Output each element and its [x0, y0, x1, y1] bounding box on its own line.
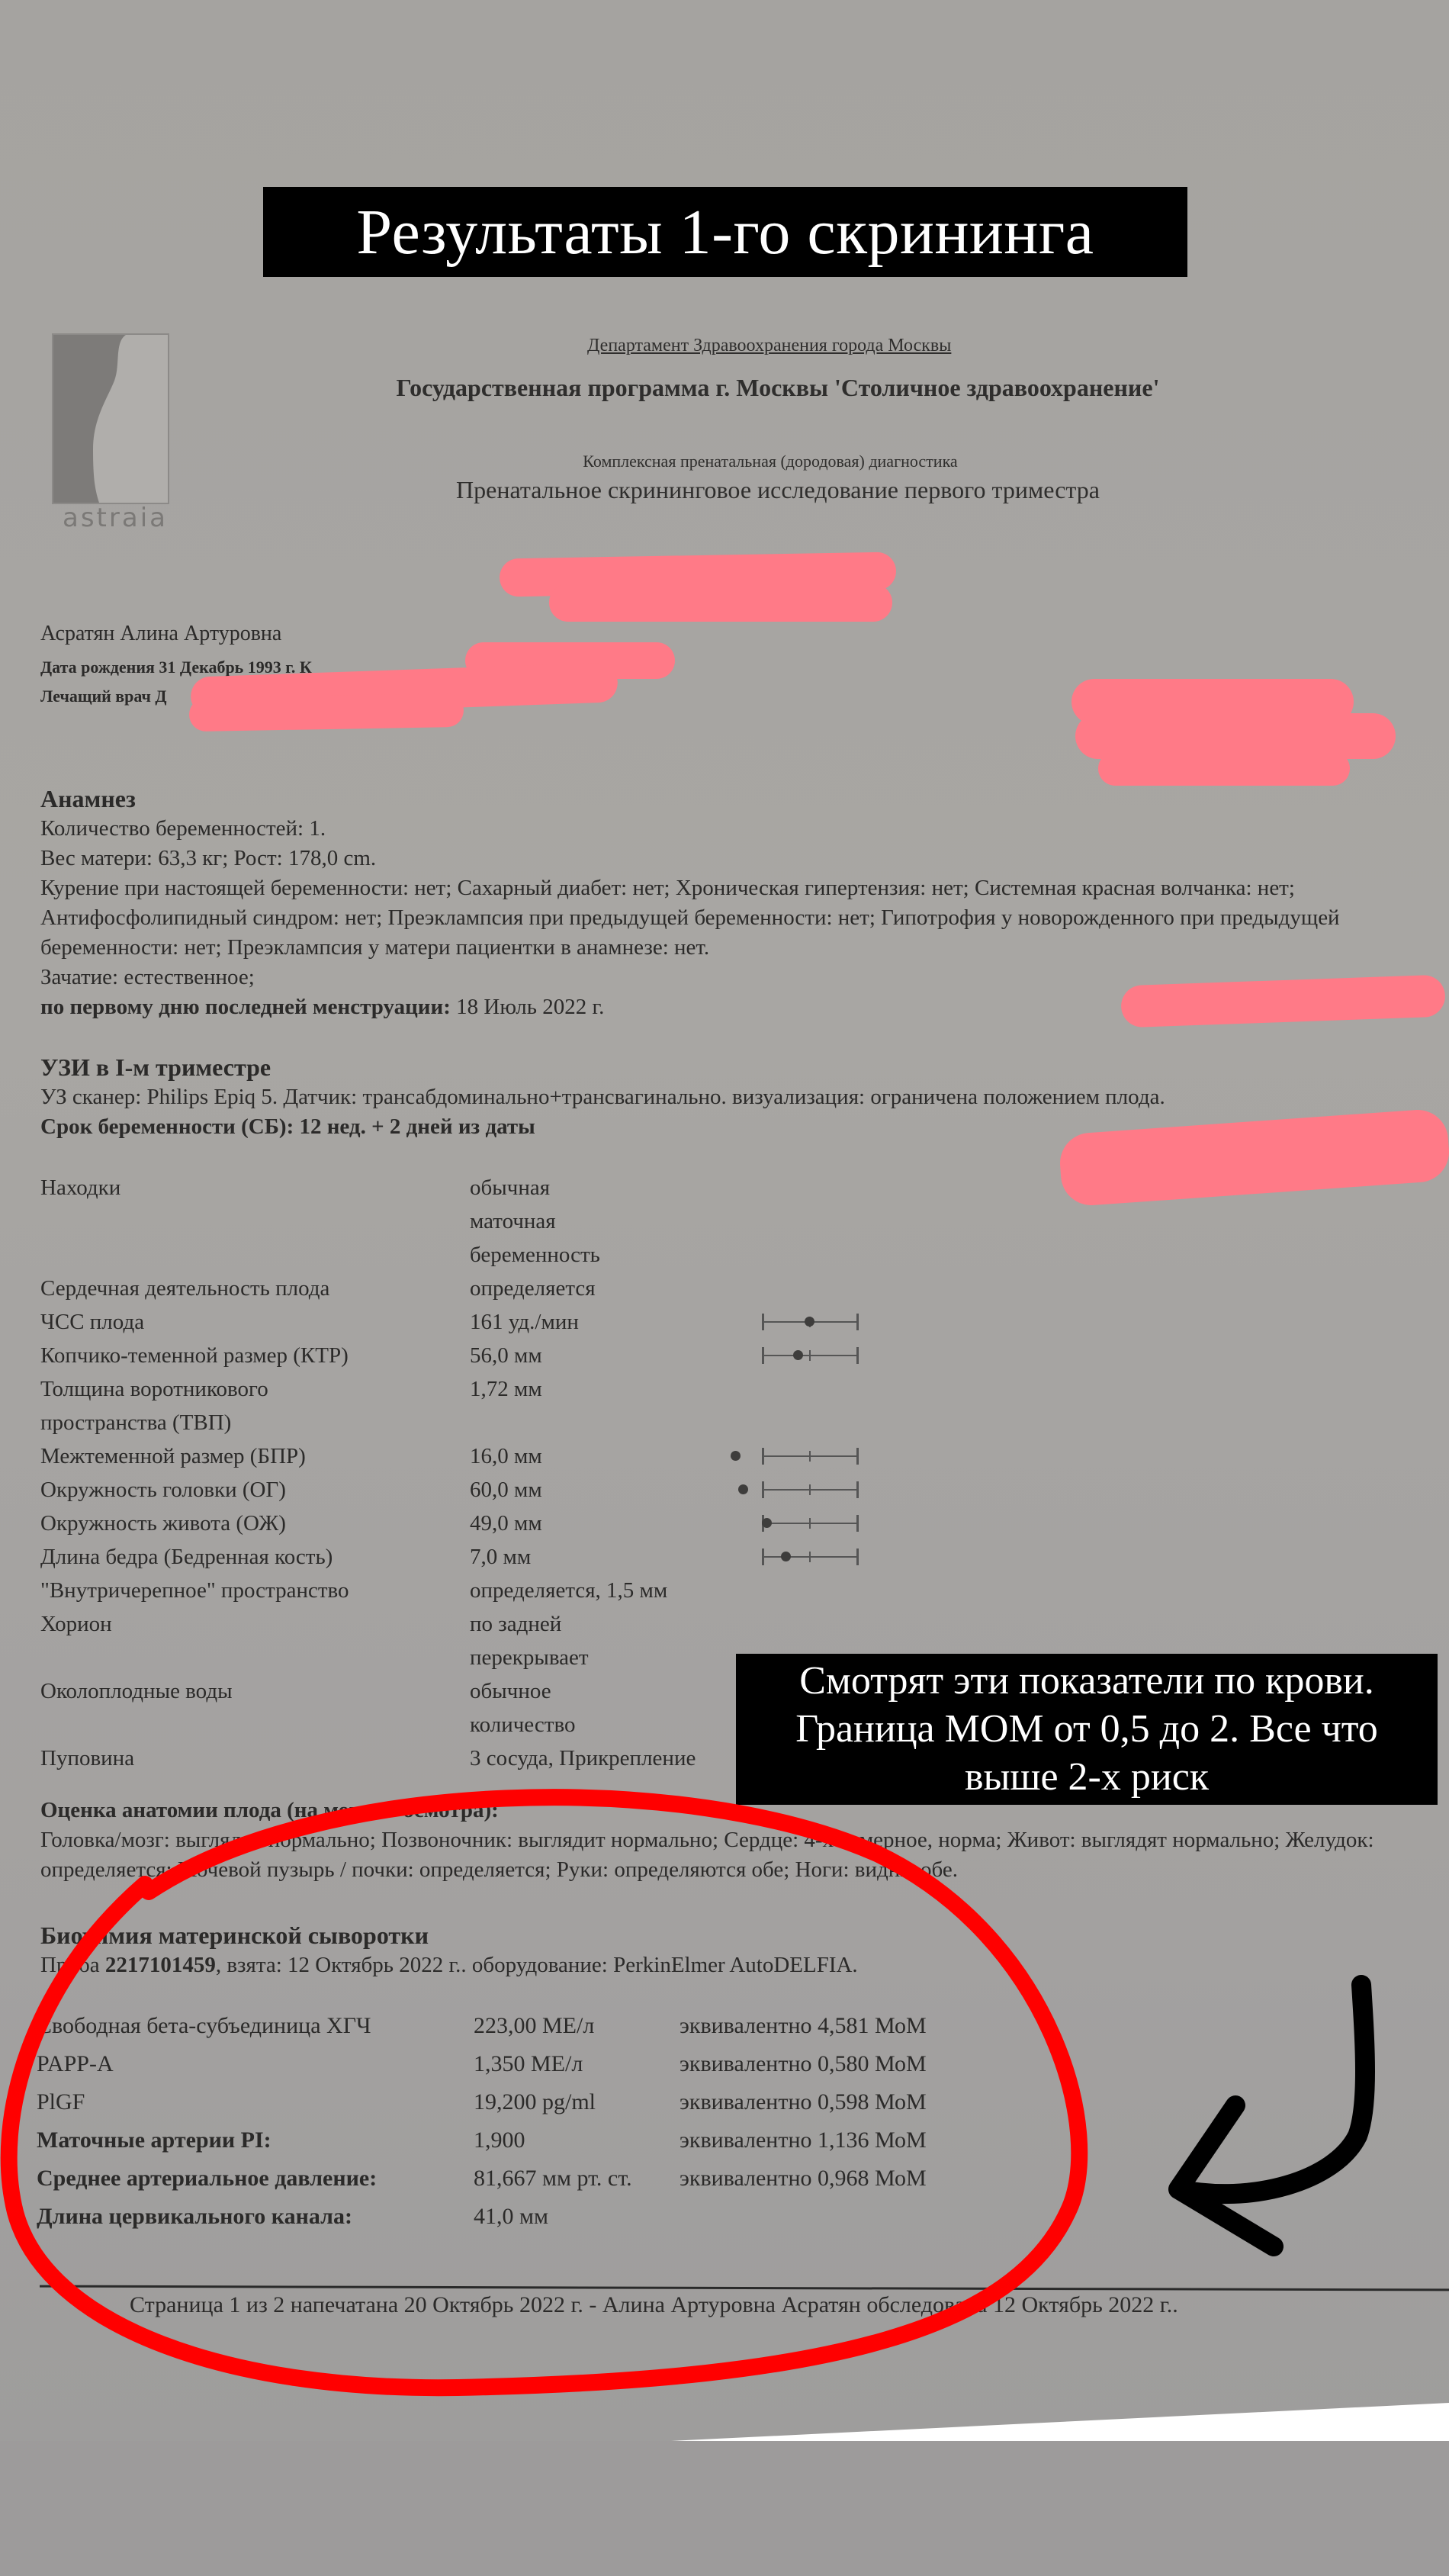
finding-value: по заднейперекрывает	[470, 1607, 714, 1674]
findings-row: Копчико-теменной размер (КТР)56,0 мм	[38, 1339, 877, 1372]
marker-mom	[680, 2198, 1000, 2236]
marker-name: PlGF	[37, 2083, 474, 2121]
finding-value: определяется, 1,5 мм	[470, 1574, 714, 1607]
anatomy-text: Головка/мозг: выглядит нормально; Позвон…	[40, 1825, 1406, 1885]
finding-label: Сердечная деятельность плода	[38, 1272, 470, 1305]
percentile-range-indicator	[714, 1305, 813, 1339]
findings-row: Межтеменной размер (БПР)16,0 мм	[38, 1439, 877, 1473]
logo-text: astraia	[63, 503, 168, 533]
note-line: Граница МОМ от 0,5 до 2. Все что	[736, 1705, 1438, 1753]
marker-value: 41,0 мм	[474, 2198, 680, 2236]
anamnesis-section: Анамнез Количество беременностей: 1. Вес…	[40, 784, 1406, 1022]
sample-id: 2217101459	[105, 1953, 216, 1977]
medical-history: Курение при настоящей беременности: нет;…	[40, 873, 1406, 963]
biochemistry-section: Биохимия материнской сыворотки Проба 221…	[40, 1921, 1406, 1980]
ultrasound-title: УЗИ в I-м триместре	[40, 1053, 1406, 1082]
anamnesis-title: Анамнез	[40, 784, 1406, 814]
weight-height: Вес матери: 63,3 кг; Рост: 178,0 cm.	[40, 844, 1406, 873]
scanner-info: УЗ сканер: Philips Epiq 5. Датчик: транс…	[40, 1082, 1406, 1112]
biochemistry-row: Длина цервикального канала:41,0 мм	[37, 2198, 1000, 2236]
findings-row: "Внутричерепное" пространствоопределяетс…	[38, 1574, 877, 1607]
finding-label: Межтеменной размер (БПР)	[38, 1439, 470, 1473]
marker-value: 19,200 pg/ml	[474, 2083, 680, 2121]
marker-mom: эквивалентно 0,968 МоМ	[680, 2160, 1000, 2198]
finding-label: Околоплодные воды	[38, 1674, 470, 1741]
percentile-range-indicator	[714, 1473, 813, 1507]
lmp-label: по первому дню последней менструации:	[40, 995, 451, 1019]
biochemistry-row: PlGF19,200 pg/mlэквивалентно 0,598 МоМ	[37, 2083, 1000, 2121]
finding-value: 1,72 мм	[470, 1372, 714, 1439]
finding-value: 56,0 мм	[470, 1339, 714, 1372]
finding-label: Пуповина	[38, 1741, 470, 1775]
marker-name: Длина цервикального канала:	[37, 2198, 474, 2236]
marker-value: 1,900	[474, 2121, 680, 2160]
finding-value: 49,0 мм	[470, 1507, 714, 1540]
measurement-dot	[793, 1350, 803, 1360]
marker-mom: эквивалентно 1,136 МоМ	[680, 2121, 1000, 2160]
gestational-age: Срок беременности (СБ): 12 нед. + 2 дней…	[40, 1112, 1406, 1142]
biochemistry-row: Маточные артерии PI:1,900эквивалентно 1,…	[37, 2121, 1000, 2160]
biochemistry-row: Свободная бета-субъединица ХГЧ223,00 МЕ/…	[37, 2007, 1000, 2045]
program-header: Государственная программа г. Москвы 'Сто…	[0, 374, 1449, 402]
finding-value: определяется	[470, 1272, 714, 1305]
findings-row: Окружность головки (ОГ)60,0 мм	[38, 1473, 877, 1507]
finding-value: обычнаяматочнаябеременность	[470, 1171, 714, 1272]
sample-label: Проба	[40, 1953, 100, 1977]
conception: Зачатие: естественное;	[40, 963, 1406, 992]
finding-value: 3 сосуда, Прикрепление	[470, 1741, 714, 1775]
measurement-dot	[805, 1317, 814, 1327]
note-line: Смотрят эти показатели по крови.	[736, 1657, 1438, 1705]
measurement-dot	[762, 1518, 772, 1528]
marker-name: PAPP-A	[37, 2045, 474, 2083]
lmp-line: по первому дню последней менструации: 18…	[40, 992, 1406, 1022]
finding-value: обычноеколичество	[470, 1674, 714, 1741]
marker-mom: эквивалентно 0,580 МоМ	[680, 2045, 1000, 2083]
finding-label: Окружность головки (ОГ)	[38, 1473, 470, 1507]
redaction-mark	[1098, 751, 1350, 786]
finding-label: "Внутричерепное" пространство	[38, 1574, 470, 1607]
finding-value: 7,0 мм	[470, 1540, 714, 1574]
anatomy-section: Оценка анатомии плода (на момент осмотра…	[40, 1796, 1406, 1885]
marker-value: 81,667 мм рт. ст.	[474, 2160, 680, 2198]
pregnancies-count: Количество беременностей: 1.	[40, 814, 1406, 844]
finding-value: 16,0 мм	[470, 1439, 714, 1473]
attending-doctor: Лечащий врач Д	[40, 687, 167, 706]
biochemistry-table: Свободная бета-субъединица ХГЧ223,00 МЕ/…	[37, 2007, 1000, 2236]
finding-label: Находки	[38, 1171, 470, 1272]
percentile-range-indicator	[714, 1507, 813, 1540]
ultrasound-section: УЗИ в I-м триместре УЗ сканер: Philips E…	[40, 1053, 1406, 1142]
percentile-range-indicator	[714, 1439, 813, 1473]
biochemistry-row: PAPP-A1,350 МЕ/лэквивалентно 0,580 МоМ	[37, 2045, 1000, 2083]
marker-name: Среднее артериальное давление:	[37, 2160, 474, 2198]
marker-name: Свободная бета-субъединица ХГЧ	[37, 2007, 474, 2045]
sample-details: , взята: 12 Октябрь 2022 г.. оборудовани…	[216, 1953, 858, 1977]
findings-row: ЧСС плода161 уд./мин	[38, 1305, 877, 1339]
findings-row: Длина бедра (Бедренная кость)7,0 мм	[38, 1540, 877, 1574]
findings-row: Находкиобычнаяматочнаябеременность	[38, 1171, 877, 1272]
background-band	[0, 2441, 1449, 2576]
finding-label: Хорион	[38, 1607, 470, 1674]
marker-value: 223,00 МЕ/л	[474, 2007, 680, 2045]
findings-row: Сердечная деятельность плодаопределяется	[38, 1272, 877, 1305]
biochemistry-row: Среднее артериальное давление:81,667 мм …	[37, 2160, 1000, 2198]
marker-value: 1,350 МЕ/л	[474, 2045, 680, 2083]
finding-value: 161 уд./мин	[470, 1305, 714, 1339]
finding-label: Длина бедра (Бедренная кость)	[38, 1540, 470, 1574]
diagnostics-header: Комплексная пренатальная (дородовая) диа…	[0, 452, 1449, 471]
finding-label: Толщина воротниковогопространства (ТВП)	[38, 1372, 470, 1439]
redaction-mark	[549, 584, 892, 622]
patient-name: Асратян Алина Артуровна	[40, 622, 281, 646]
finding-label: Окружность живота (ОЖ)	[38, 1507, 470, 1540]
marker-mom: эквивалентно 0,598 МоМ	[680, 2083, 1000, 2121]
lmp-value: 18 Июль 2022 г.	[456, 995, 604, 1019]
measurement-dot	[781, 1552, 791, 1561]
findings-row: Окружность живота (ОЖ)49,0 мм	[38, 1507, 877, 1540]
measurement-dot	[731, 1451, 741, 1461]
percentile-range-indicator	[714, 1339, 813, 1372]
finding-label: Копчико-теменной размер (КТР)	[38, 1339, 470, 1372]
finding-label: ЧСС плода	[38, 1305, 470, 1339]
department-header: Департамент Здравоохранения города Москв…	[587, 336, 1037, 356]
redaction-mark	[189, 693, 464, 732]
study-header: Пренатальное скрининговое исследование п…	[0, 476, 1449, 504]
story-title: Результаты 1-го скрининга	[263, 187, 1187, 277]
findings-row: Толщина воротниковогопространства (ТВП)1…	[38, 1372, 877, 1439]
page-footer: Страница 1 из 2 напечатана 20 Октябрь 20…	[130, 2292, 1178, 2318]
biochemistry-title: Биохимия материнской сыворотки	[40, 1921, 1406, 1950]
marker-mom: эквивалентно 4,581 МоМ	[680, 2007, 1000, 2045]
story-note: Смотрят эти показатели по крови. Граница…	[736, 1654, 1438, 1805]
finding-value: 60,0 мм	[470, 1473, 714, 1507]
marker-name: Маточные артерии PI:	[37, 2121, 474, 2160]
sample-line: Проба 2217101459, взята: 12 Октябрь 2022…	[40, 1950, 1406, 1980]
measurement-dot	[738, 1484, 748, 1494]
percentile-range-indicator	[714, 1540, 813, 1574]
note-line: выше 2-х риск	[736, 1753, 1438, 1801]
